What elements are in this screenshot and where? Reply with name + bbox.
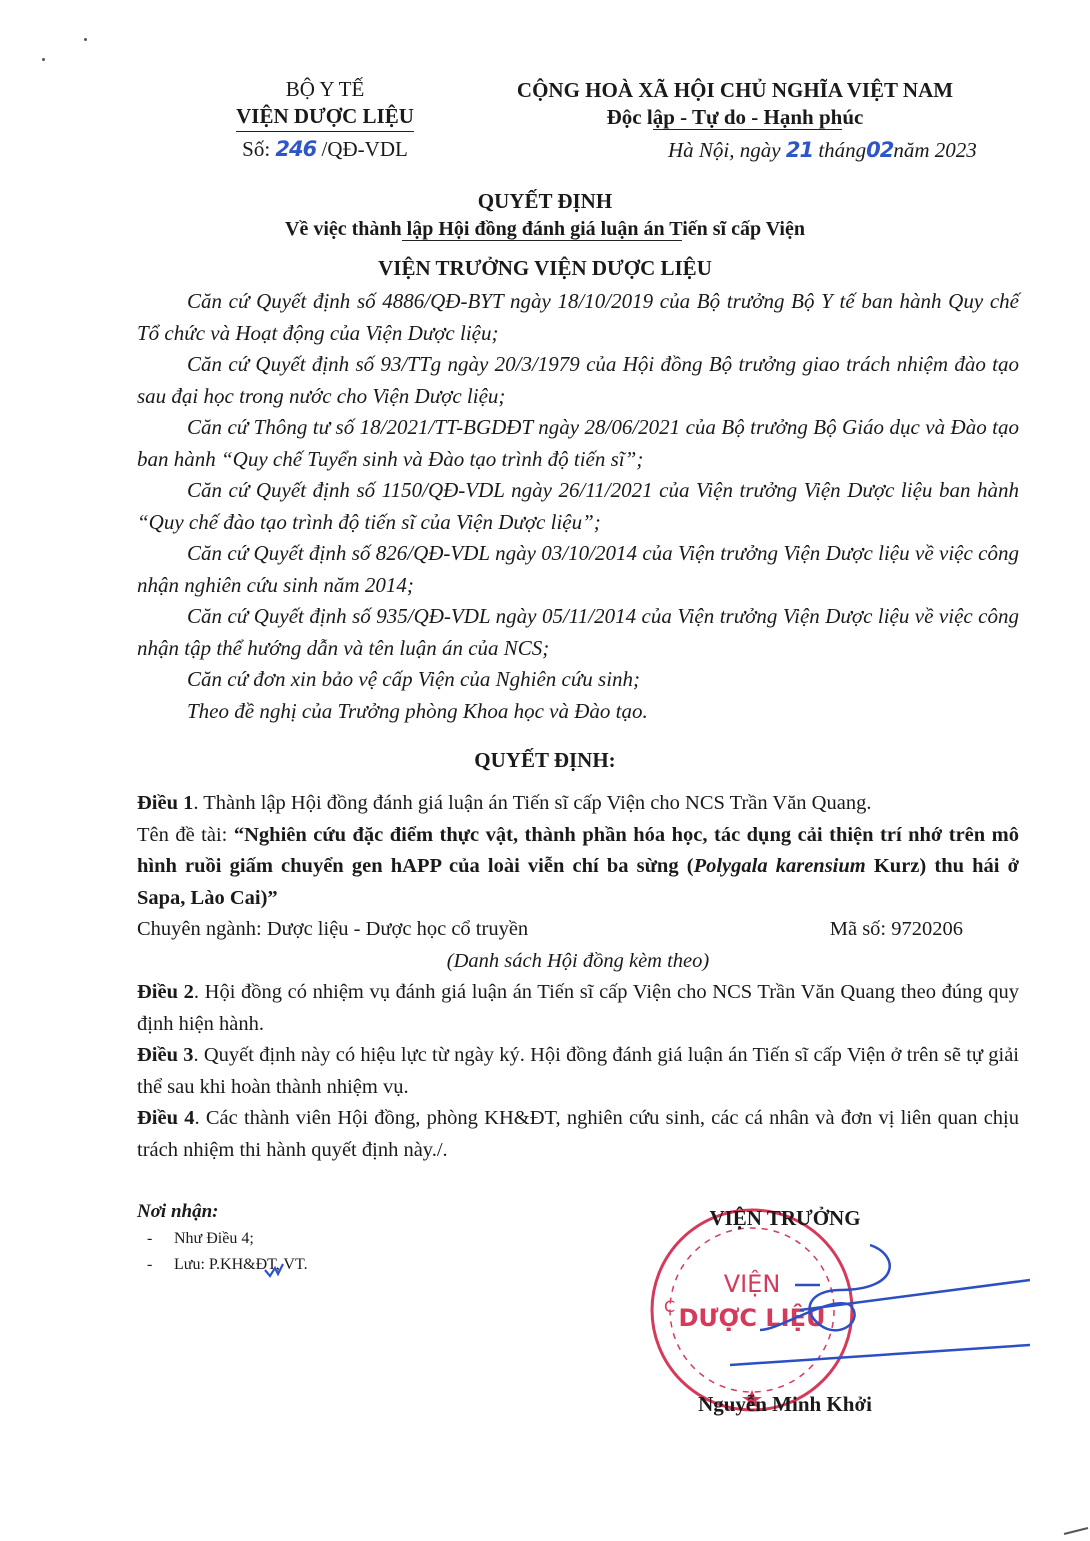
date-line: Hà Nội, ngày 21 tháng02năm 2023 — [668, 138, 977, 163]
recipient-item: -Lưu: P.KH&ĐT, VT. — [147, 1252, 457, 1278]
preamble-item: Theo đề nghị của Trưởng phòng Khoa học v… — [137, 696, 1019, 728]
article-3: Điều 3. Quyết định này có hiệu lực từ ng… — [137, 1040, 1019, 1103]
handwritten-day: 21 — [786, 138, 813, 162]
decision-heading: QUYẾT ĐỊNH: — [0, 748, 1090, 773]
article-1: Điều 1. Thành lập Hội đồng đánh giá luận… — [137, 788, 1019, 820]
document-number: Số: 246 /QĐ-VDL — [180, 134, 470, 164]
checkmark-icon — [263, 1262, 285, 1280]
major-row: Chuyên ngành: Dược liệu - Dược học cổ tr… — [137, 914, 1019, 946]
thesis-topic: Tên đề tài: “Nghiên cứu đặc điểm thực vậ… — [137, 820, 1019, 915]
country-name: CỘNG HOÀ XÃ HỘI CHỦ NGHĨA VIỆT NAM — [490, 76, 980, 104]
scan-mark-icon — [1062, 1526, 1090, 1536]
issuing-authority: VIỆN TRƯỞNG VIỆN DƯỢC LIỆU — [0, 254, 1090, 282]
handwritten-number: 246 — [275, 137, 316, 161]
preamble-item: Căn cứ Quyết định số 1150/QĐ-VDL ngày 26… — [137, 475, 1019, 538]
signer-name: Nguyễn Minh Khởi — [650, 1392, 920, 1417]
signer-title: VIỆN TRƯỞNG — [650, 1206, 920, 1231]
preamble-item: Căn cứ Quyết định số 93/TTg ngày 20/3/19… — [137, 349, 1019, 412]
recipients: Nơi nhận: -Như Điều 4; -Lưu: P.KH&ĐT, VT… — [137, 1200, 457, 1278]
recipients-heading: Nơi nhận: — [137, 1200, 457, 1224]
handwritten-month: 02 — [866, 138, 893, 162]
recipient-item: -Như Điều 4; — [147, 1226, 457, 1252]
national-header: CỘNG HOÀ XÃ HỘI CHỦ NGHĨA VIỆT NAM Độc l… — [490, 76, 980, 130]
issuer-block: BỘ Y TẾ VIỆN DƯỢC LIỆU Số: 246 /QĐ-VDL — [180, 76, 470, 164]
ministry-name: BỘ Y TẾ — [180, 76, 470, 102]
attachment-note: (Danh sách Hội đồng kèm theo) — [137, 946, 1019, 978]
preamble-item: Căn cứ Quyết định số 935/QĐ-VDL ngày 05/… — [137, 601, 1019, 664]
preamble-item: Căn cứ Quyết định số 4886/QĐ-BYT ngày 18… — [137, 286, 1019, 349]
preamble-item: Căn cứ Quyết định số 826/QĐ-VDL ngày 03/… — [137, 538, 1019, 601]
scan-speck — [84, 38, 87, 41]
svg-text:C: C — [664, 1297, 675, 1316]
document-subject: Về việc thành lập Hội đồng đánh giá luận… — [0, 216, 1090, 242]
article-4: Điều 4. Các thành viên Hội đồng, phòng K… — [137, 1103, 1019, 1166]
handwritten-signature-icon — [700, 1230, 1030, 1370]
article-2: Điều 2. Hội đồng có nhiệm vụ đánh giá lu… — [137, 977, 1019, 1040]
national-motto: Độc lập - Tự do - Hạnh phúc — [490, 104, 980, 130]
preamble: Căn cứ Quyết định số 4886/QĐ-BYT ngày 18… — [137, 286, 1019, 727]
scan-speck — [42, 58, 45, 61]
preamble-item: Căn cứ đơn xin bảo vệ cấp Viện của Nghiê… — [137, 664, 1019, 696]
document-title: QUYẾT ĐỊNH — [0, 188, 1090, 214]
major-code: Mã số: 9720206 — [830, 914, 1019, 946]
institute-name: VIỆN DƯỢC LIỆU — [236, 102, 414, 132]
articles: Điều 1. Thành lập Hội đồng đánh giá luận… — [137, 788, 1019, 1166]
preamble-item: Căn cứ Thông tư số 18/2021/TT-BGDĐT ngày… — [137, 412, 1019, 475]
major: Chuyên ngành: Dược liệu - Dược học cổ tr… — [137, 914, 528, 946]
